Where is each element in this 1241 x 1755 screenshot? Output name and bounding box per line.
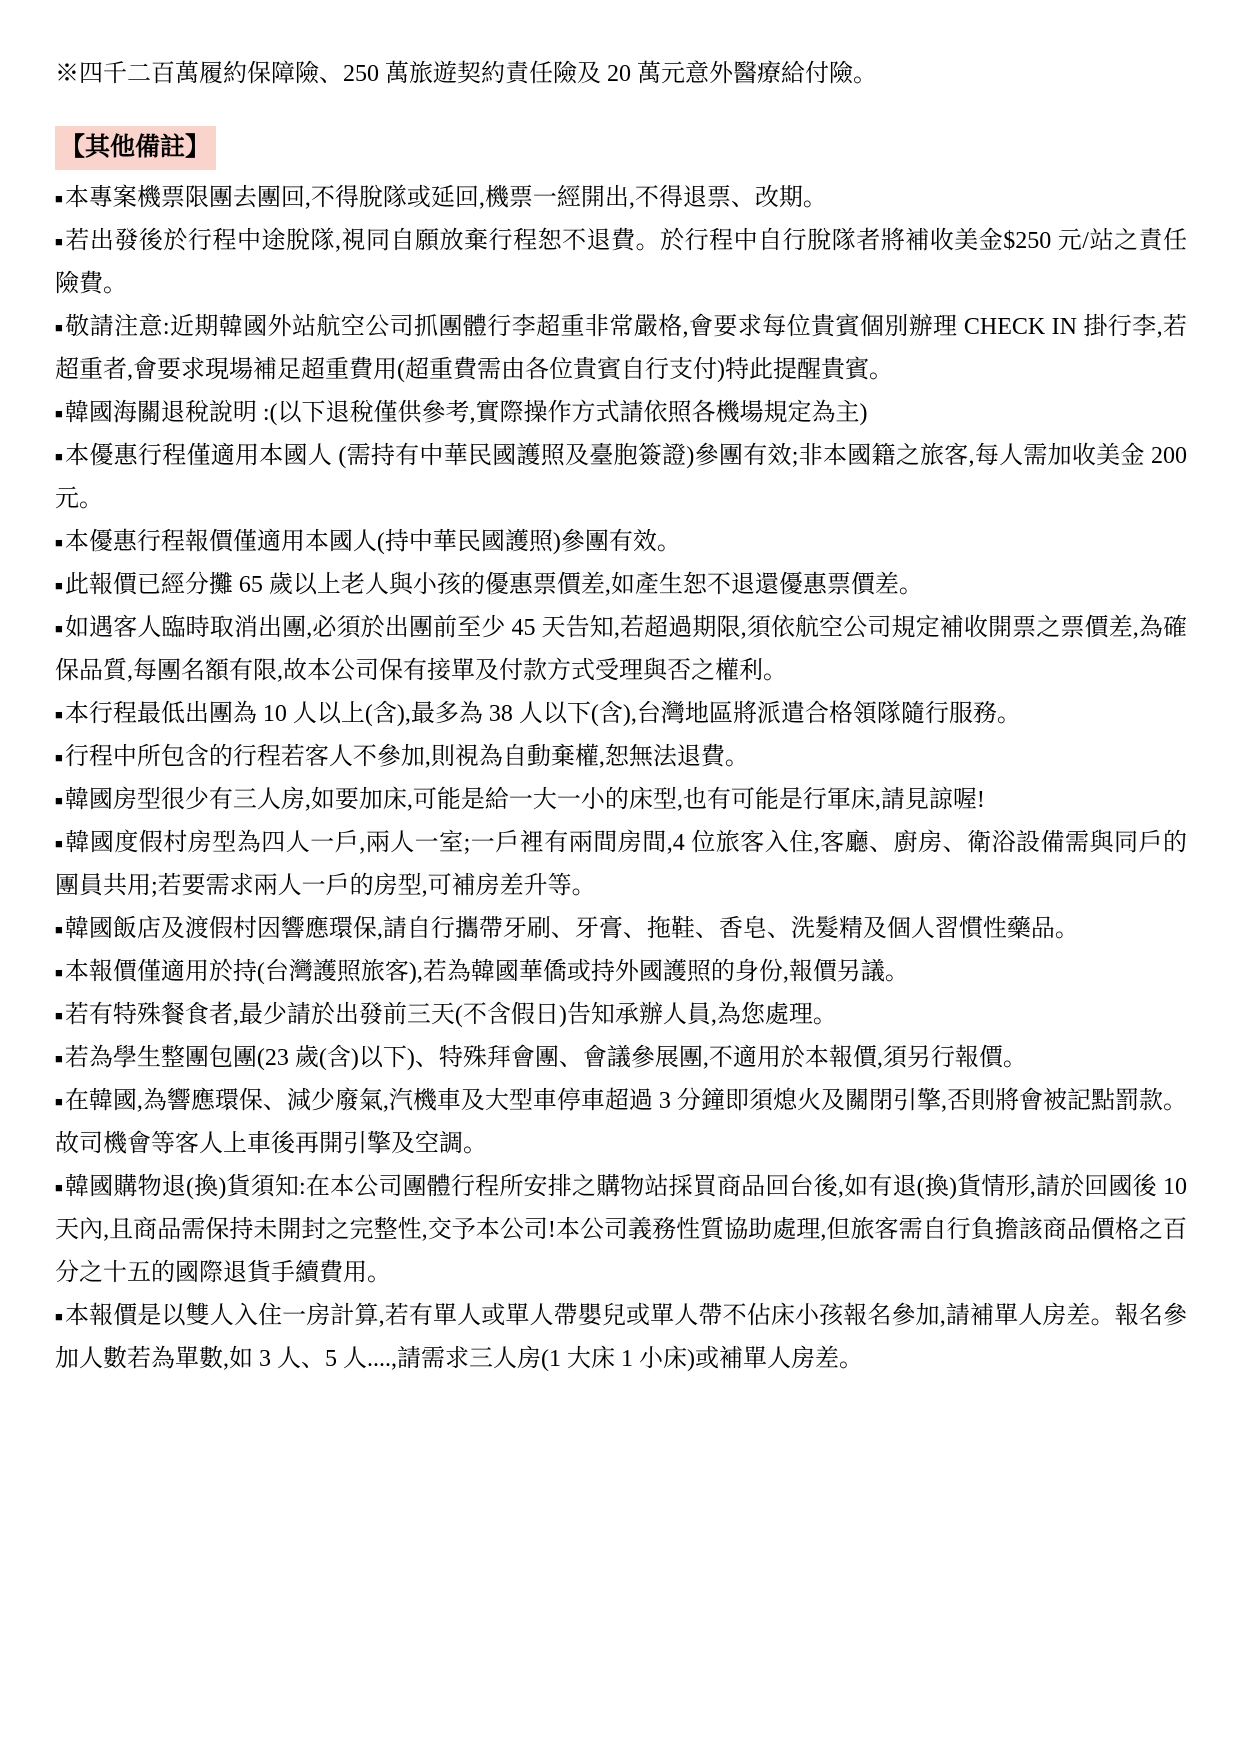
remark-text: 此報價已經分攤 65 歲以上老人與小孩的優惠票價差,如產生恕不退還優惠票價差。	[65, 572, 923, 598]
square-bullet-icon: ■	[55, 234, 65, 249]
square-bullet-icon: ■	[55, 707, 65, 722]
remark-item: ■韓國購物退(換)貨須知:在本公司團體行程所安排之購物站採買商品回台後,如有退(…	[55, 1166, 1187, 1295]
remark-item: ■韓國飯店及渡假村因響應環保,請自行攜帶牙刷、牙膏、拖鞋、香皂、洗髮精及個人習慣…	[55, 908, 1187, 951]
square-bullet-icon: ■	[55, 1094, 65, 1109]
remark-text: 韓國飯店及渡假村因響應環保,請自行攜帶牙刷、牙膏、拖鞋、香皂、洗髮精及個人習慣性…	[65, 916, 1079, 942]
square-bullet-icon: ■	[55, 750, 65, 765]
remark-text: 韓國購物退(換)貨須知:在本公司團體行程所安排之購物站採買商品回台後,如有退(換…	[55, 1174, 1187, 1286]
square-bullet-icon: ■	[55, 1309, 65, 1324]
remark-item: ■韓國度假村房型為四人一戶,兩人一室;一戶裡有兩間房間,4 位旅客入住,客廳、廚…	[55, 822, 1187, 908]
remark-item: ■本行程最低出團為 10 人以上(含),最多為 38 人以下(含),台灣地區將派…	[55, 693, 1187, 736]
remark-item: ■若出發後於行程中途脫隊,視同自願放棄行程恕不退費。於行程中自行脫隊者將補收美金…	[55, 220, 1187, 306]
square-bullet-icon: ■	[55, 1051, 65, 1066]
remark-text: 敬請注意:近期韓國外站航空公司抓團體行李超重非常嚴格,會要求每位貴賓個別辦理 C…	[55, 314, 1187, 383]
other-remarks-header: 【其他備註】	[55, 126, 216, 170]
remark-item: ■本優惠行程僅適用本國人 (需持有中華民國護照及臺胞簽證)參團有效;非本國籍之旅…	[55, 435, 1187, 521]
remark-text: 若為學生整團包團(23 歲(含)以下)、特殊拜會團、會議參展團,不適用於本報價,…	[65, 1045, 1027, 1071]
section-header-row: 【其他備註】	[55, 126, 1187, 170]
remarks-list: ■本專案機票限團去團回,不得脫隊或延回,機票一經開出,不得退票、改期。 ■若出發…	[55, 177, 1187, 1381]
remark-text: 若出發後於行程中途脫隊,視同自願放棄行程恕不退費。於行程中自行脫隊者將補收美金$…	[55, 228, 1187, 297]
remark-text: 如遇客人臨時取消出團,必須於出團前至少 45 天告知,若超過期限,須依航空公司規…	[55, 615, 1187, 684]
square-bullet-icon: ■	[55, 191, 65, 206]
square-bullet-icon: ■	[55, 578, 65, 593]
square-bullet-icon: ■	[55, 406, 65, 421]
remark-text: 在韓國,為響應環保、減少廢氣,汽機車及大型車停車超過 3 分鐘即須熄火及關閉引擎…	[55, 1088, 1187, 1157]
square-bullet-icon: ■	[55, 922, 65, 937]
remark-item: ■此報價已經分攤 65 歲以上老人與小孩的優惠票價差,如產生恕不退還優惠票價差。	[55, 564, 1187, 607]
remark-text: 本報價是以雙人入住一房計算,若有單人或單人帶嬰兒或單人帶不佔床小孩報名參加,請補…	[55, 1303, 1187, 1372]
remark-item: ■在韓國,為響應環保、減少廢氣,汽機車及大型車停車超過 3 分鐘即須熄火及關閉引…	[55, 1080, 1187, 1166]
remark-text: 本優惠行程僅適用本國人 (需持有中華民國護照及臺胞簽證)參團有效;非本國籍之旅客…	[55, 443, 1187, 512]
remark-item: ■韓國海關退稅說明 :(以下退稅僅供參考,實際操作方式請依照各機場規定為主)	[55, 392, 1187, 435]
square-bullet-icon: ■	[55, 965, 65, 980]
remark-item: ■行程中所包含的行程若客人不參加,則視為自動棄權,恕無法退費。	[55, 736, 1187, 779]
remark-text: 本優惠行程報價僅適用本國人(持中華民國護照)參團有效。	[65, 529, 681, 555]
remark-item: ■如遇客人臨時取消出團,必須於出團前至少 45 天告知,若超過期限,須依航空公司…	[55, 607, 1187, 693]
remark-item: ■若有特殊餐食者,最少請於出發前三天(不含假日)告知承辦人員,為您處理。	[55, 994, 1187, 1037]
remark-text: 韓國度假村房型為四人一戶,兩人一室;一戶裡有兩間房間,4 位旅客入住,客廳、廚房…	[55, 830, 1187, 899]
remark-item: ■本報價是以雙人入住一房計算,若有單人或單人帶嬰兒或單人帶不佔床小孩報名參加,請…	[55, 1295, 1187, 1381]
square-bullet-icon: ■	[55, 449, 65, 464]
square-bullet-icon: ■	[55, 535, 65, 550]
insurance-summary-line: ※四千二百萬履約保障險、250 萬旅遊契約責任險及 20 萬元意外醫療給付險。	[55, 57, 1187, 91]
remark-item: ■本優惠行程報價僅適用本國人(持中華民國護照)參團有效。	[55, 521, 1187, 564]
remark-item: ■韓國房型很少有三人房,如要加床,可能是給一大一小的床型,也有可能是行軍床,請見…	[55, 779, 1187, 822]
remark-item: ■敬請注意:近期韓國外站航空公司抓團體行李超重非常嚴格,會要求每位貴賓個別辦理 …	[55, 306, 1187, 392]
square-bullet-icon: ■	[55, 621, 65, 636]
square-bullet-icon: ■	[55, 836, 65, 851]
remark-text: 行程中所包含的行程若客人不參加,則視為自動棄權,恕無法退費。	[65, 744, 749, 770]
remark-text: 韓國海關退稅說明 :(以下退稅僅供參考,實際操作方式請依照各機場規定為主)	[65, 400, 868, 426]
square-bullet-icon: ■	[55, 320, 65, 335]
remark-text: 韓國房型很少有三人房,如要加床,可能是給一大一小的床型,也有可能是行軍床,請見諒…	[65, 787, 985, 813]
remark-text: 若有特殊餐食者,最少請於出發前三天(不含假日)告知承辦人員,為您處理。	[65, 1002, 837, 1028]
square-bullet-icon: ■	[55, 793, 65, 808]
remark-text: 本專案機票限團去團回,不得脫隊或延回,機票一經開出,不得退票、改期。	[65, 185, 827, 211]
remark-item: ■本專案機票限團去團回,不得脫隊或延回,機票一經開出,不得退票、改期。	[55, 177, 1187, 220]
remark-item: ■本報價僅適用於持(台灣護照旅客),若為韓國華僑或持外國護照的身份,報價另議。	[55, 951, 1187, 994]
square-bullet-icon: ■	[55, 1008, 65, 1023]
remark-text: 本行程最低出團為 10 人以上(含),最多為 38 人以下(含),台灣地區將派遣…	[65, 701, 1021, 727]
remark-text: 本報價僅適用於持(台灣護照旅客),若為韓國華僑或持外國護照的身份,報價另議。	[65, 959, 909, 985]
document-page: ※四千二百萬履約保障險、250 萬旅遊契約責任險及 20 萬元意外醫療給付險。 …	[0, 0, 1241, 1755]
remark-item: ■若為學生整團包團(23 歲(含)以下)、特殊拜會團、會議參展團,不適用於本報價…	[55, 1037, 1187, 1080]
square-bullet-icon: ■	[55, 1180, 65, 1195]
